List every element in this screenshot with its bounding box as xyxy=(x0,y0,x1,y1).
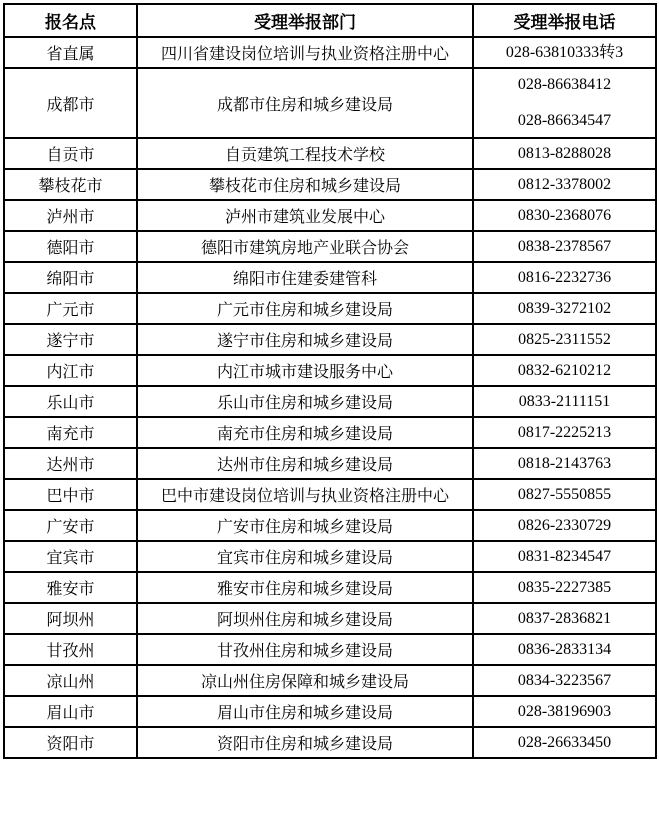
registration-point-cell: 广元市 xyxy=(4,293,137,324)
phone-number: 028-63810333转3 xyxy=(476,45,653,61)
department-cell: 德阳市建筑房地产业联合协会 xyxy=(137,231,473,262)
registration-point-cell: 雅安市 xyxy=(4,572,137,603)
phone-cell: 0813-8288028 xyxy=(473,138,656,169)
column-header-department: 受理举报部门 xyxy=(137,4,473,37)
table-row: 自贡市自贡建筑工程技术学校0813-8288028 xyxy=(4,138,656,169)
page: 报名点 受理举报部门 受理举报电话 省直属四川省建设岗位培训与执业资格注册中心0… xyxy=(0,0,659,840)
table-row: 内江市内江市城市建设服务中心0832-6210212 xyxy=(4,355,656,386)
department-cell: 遂宁市住房和城乡建设局 xyxy=(137,324,473,355)
department-cell: 巴中市建设岗位培训与执业资格注册中心 xyxy=(137,479,473,510)
phone-number: 0839-3272102 xyxy=(476,301,653,317)
table-row: 雅安市雅安市住房和城乡建设局0835-2227385 xyxy=(4,572,656,603)
phone-number: 0816-2232736 xyxy=(476,270,653,286)
header-row: 报名点 受理举报部门 受理举报电话 xyxy=(4,4,656,37)
column-header-phone: 受理举报电话 xyxy=(473,4,656,37)
department-cell: 成都市住房和城乡建设局 xyxy=(137,68,473,138)
registration-point-cell: 达州市 xyxy=(4,448,137,479)
department-cell: 凉山州住房保障和城乡建设局 xyxy=(137,665,473,696)
registration-point-cell: 绵阳市 xyxy=(4,262,137,293)
table-row: 阿坝州阿坝州住房和城乡建设局0837-2836821 xyxy=(4,603,656,634)
registration-point-cell: 南充市 xyxy=(4,417,137,448)
department-cell: 资阳市住房和城乡建设局 xyxy=(137,727,473,758)
department-cell: 宜宾市住房和城乡建设局 xyxy=(137,541,473,572)
phone-number: 0837-2836821 xyxy=(476,611,653,627)
phone-number: 0838-2378567 xyxy=(476,239,653,255)
table-row: 德阳市德阳市建筑房地产业联合协会0838-2378567 xyxy=(4,231,656,262)
phone-cell: 028-38196903 xyxy=(473,696,656,727)
phone-number: 0813-8288028 xyxy=(476,146,653,162)
department-cell: 四川省建设岗位培训与执业资格注册中心 xyxy=(137,37,473,68)
table-header: 报名点 受理举报部门 受理举报电话 xyxy=(4,4,656,37)
phone-cell: 0818-2143763 xyxy=(473,448,656,479)
table-row: 绵阳市绵阳市住建委建管科0816-2232736 xyxy=(4,262,656,293)
phone-number: 0818-2143763 xyxy=(476,456,653,472)
registration-point-cell: 巴中市 xyxy=(4,479,137,510)
phone-cell: 0826-2330729 xyxy=(473,510,656,541)
department-cell: 攀枝花市住房和城乡建设局 xyxy=(137,169,473,200)
table-row: 攀枝花市攀枝花市住房和城乡建设局0812-3378002 xyxy=(4,169,656,200)
registration-point-cell: 甘孜州 xyxy=(4,634,137,665)
department-cell: 雅安市住房和城乡建设局 xyxy=(137,572,473,603)
phone-cell: 0836-2833134 xyxy=(473,634,656,665)
department-cell: 阿坝州住房和城乡建设局 xyxy=(137,603,473,634)
phone-number: 0835-2227385 xyxy=(476,580,653,596)
table-body: 省直属四川省建设岗位培训与执业资格注册中心028-63810333转3成都市成都… xyxy=(4,37,656,758)
phone-cell: 0817-2225213 xyxy=(473,417,656,448)
phone-cell: 0833-2111151 xyxy=(473,386,656,417)
phone-number: 0836-2833134 xyxy=(476,642,653,658)
department-cell: 自贡建筑工程技术学校 xyxy=(137,138,473,169)
phone-number: 0827-5550855 xyxy=(476,487,653,503)
phone-number: 028-38196903 xyxy=(476,704,653,720)
table-row: 凉山州凉山州住房保障和城乡建设局0834-3223567 xyxy=(4,665,656,696)
registration-point-cell: 攀枝花市 xyxy=(4,169,137,200)
phone-number: 0831-8234547 xyxy=(476,549,653,565)
phone-cell: 028-86638412028-86634547 xyxy=(473,68,656,138)
department-cell: 眉山市住房和城乡建设局 xyxy=(137,696,473,727)
table-row: 广元市广元市住房和城乡建设局0839-3272102 xyxy=(4,293,656,324)
phone-cell: 028-63810333转3 xyxy=(473,37,656,68)
registration-point-cell: 遂宁市 xyxy=(4,324,137,355)
department-cell: 甘孜州住房和城乡建设局 xyxy=(137,634,473,665)
registration-point-cell: 广安市 xyxy=(4,510,137,541)
table-row: 遂宁市遂宁市住房和城乡建设局0825-2311552 xyxy=(4,324,656,355)
table-row: 广安市广安市住房和城乡建设局0826-2330729 xyxy=(4,510,656,541)
registration-point-cell: 眉山市 xyxy=(4,696,137,727)
registration-point-cell: 成都市 xyxy=(4,68,137,138)
phone-number: 0825-2311552 xyxy=(476,332,653,348)
phone-number: 0817-2225213 xyxy=(476,425,653,441)
phone-number: 028-86634547 xyxy=(476,113,653,129)
registration-point-cell: 凉山州 xyxy=(4,665,137,696)
column-header-registration-point: 报名点 xyxy=(4,4,137,37)
phone-cell: 0835-2227385 xyxy=(473,572,656,603)
phone-number: 0830-2368076 xyxy=(476,208,653,224)
report-contacts-table: 报名点 受理举报部门 受理举报电话 省直属四川省建设岗位培训与执业资格注册中心0… xyxy=(3,3,657,759)
phone-cell: 0827-5550855 xyxy=(473,479,656,510)
table-row: 眉山市眉山市住房和城乡建设局028-38196903 xyxy=(4,696,656,727)
table-row: 泸州市泸州市建筑业发展中心0830-2368076 xyxy=(4,200,656,231)
registration-point-cell: 宜宾市 xyxy=(4,541,137,572)
phone-cell: 0816-2232736 xyxy=(473,262,656,293)
phone-cell: 028-26633450 xyxy=(473,727,656,758)
phone-number: 028-86638412 xyxy=(476,77,653,93)
phone-cell: 0832-6210212 xyxy=(473,355,656,386)
registration-point-cell: 自贡市 xyxy=(4,138,137,169)
registration-point-cell: 德阳市 xyxy=(4,231,137,262)
department-cell: 泸州市建筑业发展中心 xyxy=(137,200,473,231)
department-cell: 广安市住房和城乡建设局 xyxy=(137,510,473,541)
department-cell: 内江市城市建设服务中心 xyxy=(137,355,473,386)
registration-point-cell: 省直属 xyxy=(4,37,137,68)
table-row: 乐山市乐山市住房和城乡建设局0833-2111151 xyxy=(4,386,656,417)
department-cell: 乐山市住房和城乡建设局 xyxy=(137,386,473,417)
department-cell: 达州市住房和城乡建设局 xyxy=(137,448,473,479)
phone-cell: 0831-8234547 xyxy=(473,541,656,572)
table-row: 甘孜州甘孜州住房和城乡建设局0836-2833134 xyxy=(4,634,656,665)
phone-cell: 0837-2836821 xyxy=(473,603,656,634)
table-row: 宜宾市宜宾市住房和城乡建设局0831-8234547 xyxy=(4,541,656,572)
department-cell: 广元市住房和城乡建设局 xyxy=(137,293,473,324)
table-row: 资阳市资阳市住房和城乡建设局028-26633450 xyxy=(4,727,656,758)
phone-cell: 0812-3378002 xyxy=(473,169,656,200)
phone-number: 028-26633450 xyxy=(476,735,653,751)
phone-cell: 0830-2368076 xyxy=(473,200,656,231)
registration-point-cell: 乐山市 xyxy=(4,386,137,417)
phone-cell: 0838-2378567 xyxy=(473,231,656,262)
table-row: 省直属四川省建设岗位培训与执业资格注册中心028-63810333转3 xyxy=(4,37,656,68)
registration-point-cell: 泸州市 xyxy=(4,200,137,231)
department-cell: 绵阳市住建委建管科 xyxy=(137,262,473,293)
phone-cell: 0834-3223567 xyxy=(473,665,656,696)
department-cell: 南充市住房和城乡建设局 xyxy=(137,417,473,448)
phone-cell: 0839-3272102 xyxy=(473,293,656,324)
phone-number: 0834-3223567 xyxy=(476,673,653,689)
phone-number: 0812-3378002 xyxy=(476,177,653,193)
phone-number: 0833-2111151 xyxy=(476,394,653,410)
phone-cell: 0825-2311552 xyxy=(473,324,656,355)
table-row: 南充市南充市住房和城乡建设局0817-2225213 xyxy=(4,417,656,448)
registration-point-cell: 资阳市 xyxy=(4,727,137,758)
table-row: 巴中市巴中市建设岗位培训与执业资格注册中心0827-5550855 xyxy=(4,479,656,510)
registration-point-cell: 阿坝州 xyxy=(4,603,137,634)
registration-point-cell: 内江市 xyxy=(4,355,137,386)
table-row: 成都市成都市住房和城乡建设局028-86638412028-86634547 xyxy=(4,68,656,138)
phone-number: 0826-2330729 xyxy=(476,518,653,534)
table-row: 达州市达州市住房和城乡建设局0818-2143763 xyxy=(4,448,656,479)
phone-number: 0832-6210212 xyxy=(476,363,653,379)
